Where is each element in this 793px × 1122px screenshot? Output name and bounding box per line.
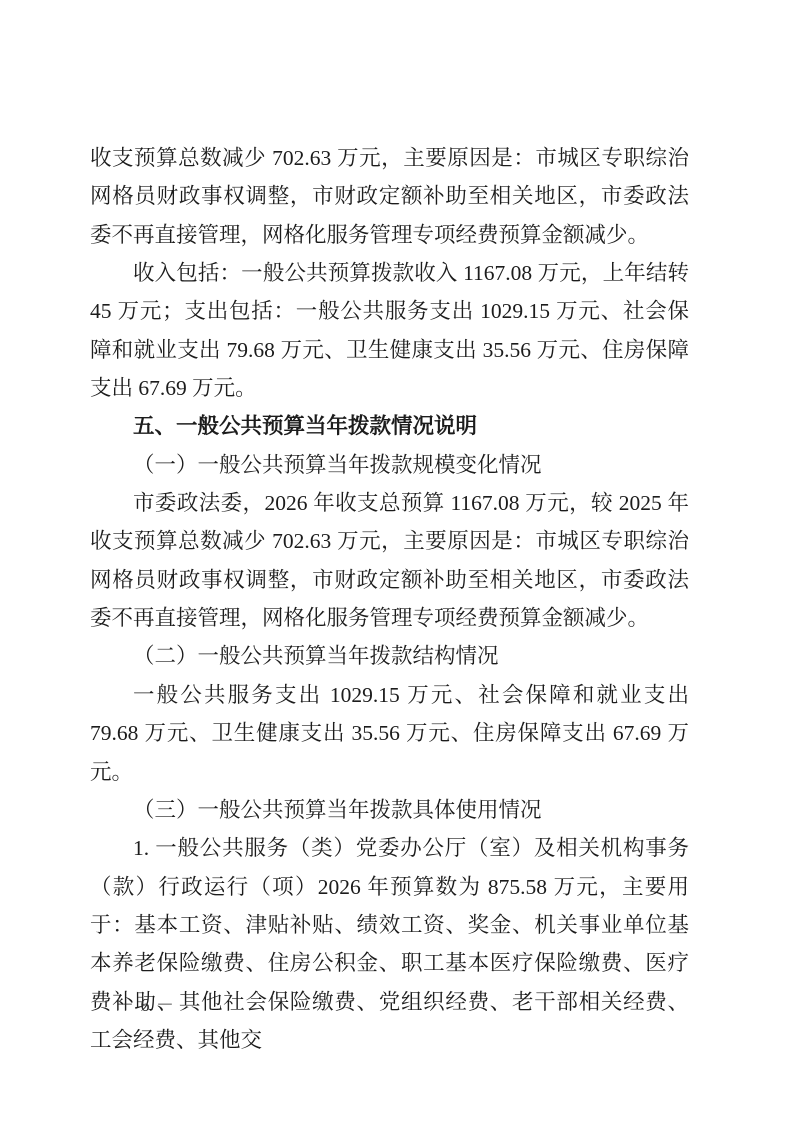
subsection-one-title: （一）一般公共预算当年拨款规模变化情况 bbox=[90, 446, 689, 484]
page-number: － 6 － bbox=[116, 991, 175, 1017]
subsection-two-title: （二）一般公共预算当年拨款结构情况 bbox=[90, 637, 689, 675]
subsection-three-title: （三）一般公共预算当年拨款具体使用情况 bbox=[90, 791, 689, 829]
document-page: 收支预算总数减少 702.63 万元，主要原因是：市城区专职综治网格员财政事权调… bbox=[0, 0, 793, 1122]
paragraph-income-expense-summary: 收入包括：一般公共预算拨款收入 1167.08 万元，上年结转 45 万元；支出… bbox=[90, 254, 689, 407]
subsection-two-paragraph: 一般公共服务支出 1029.15 万元、社会保障和就业支出 79.68 万元、卫… bbox=[90, 676, 689, 791]
paragraph-budget-decrease-carryover: 收支预算总数减少 702.63 万元，主要原因是：市城区专职综治网格员财政事权调… bbox=[90, 139, 689, 254]
document-body: 收支预算总数减少 702.63 万元，主要原因是：市城区专职综治网格员财政事权调… bbox=[90, 139, 689, 1059]
subsection-one-paragraph: 市委政法委，2026 年收支总预算 1167.08 万元，较 2025 年收支预… bbox=[90, 484, 689, 637]
subsection-three-paragraph: 1. 一般公共服务（类）党委办公厅（室）及相关机构事务（款）行政运行（项）202… bbox=[90, 829, 689, 1059]
section-heading-five: 五、一般公共预算当年拨款情况说明 bbox=[90, 407, 689, 445]
